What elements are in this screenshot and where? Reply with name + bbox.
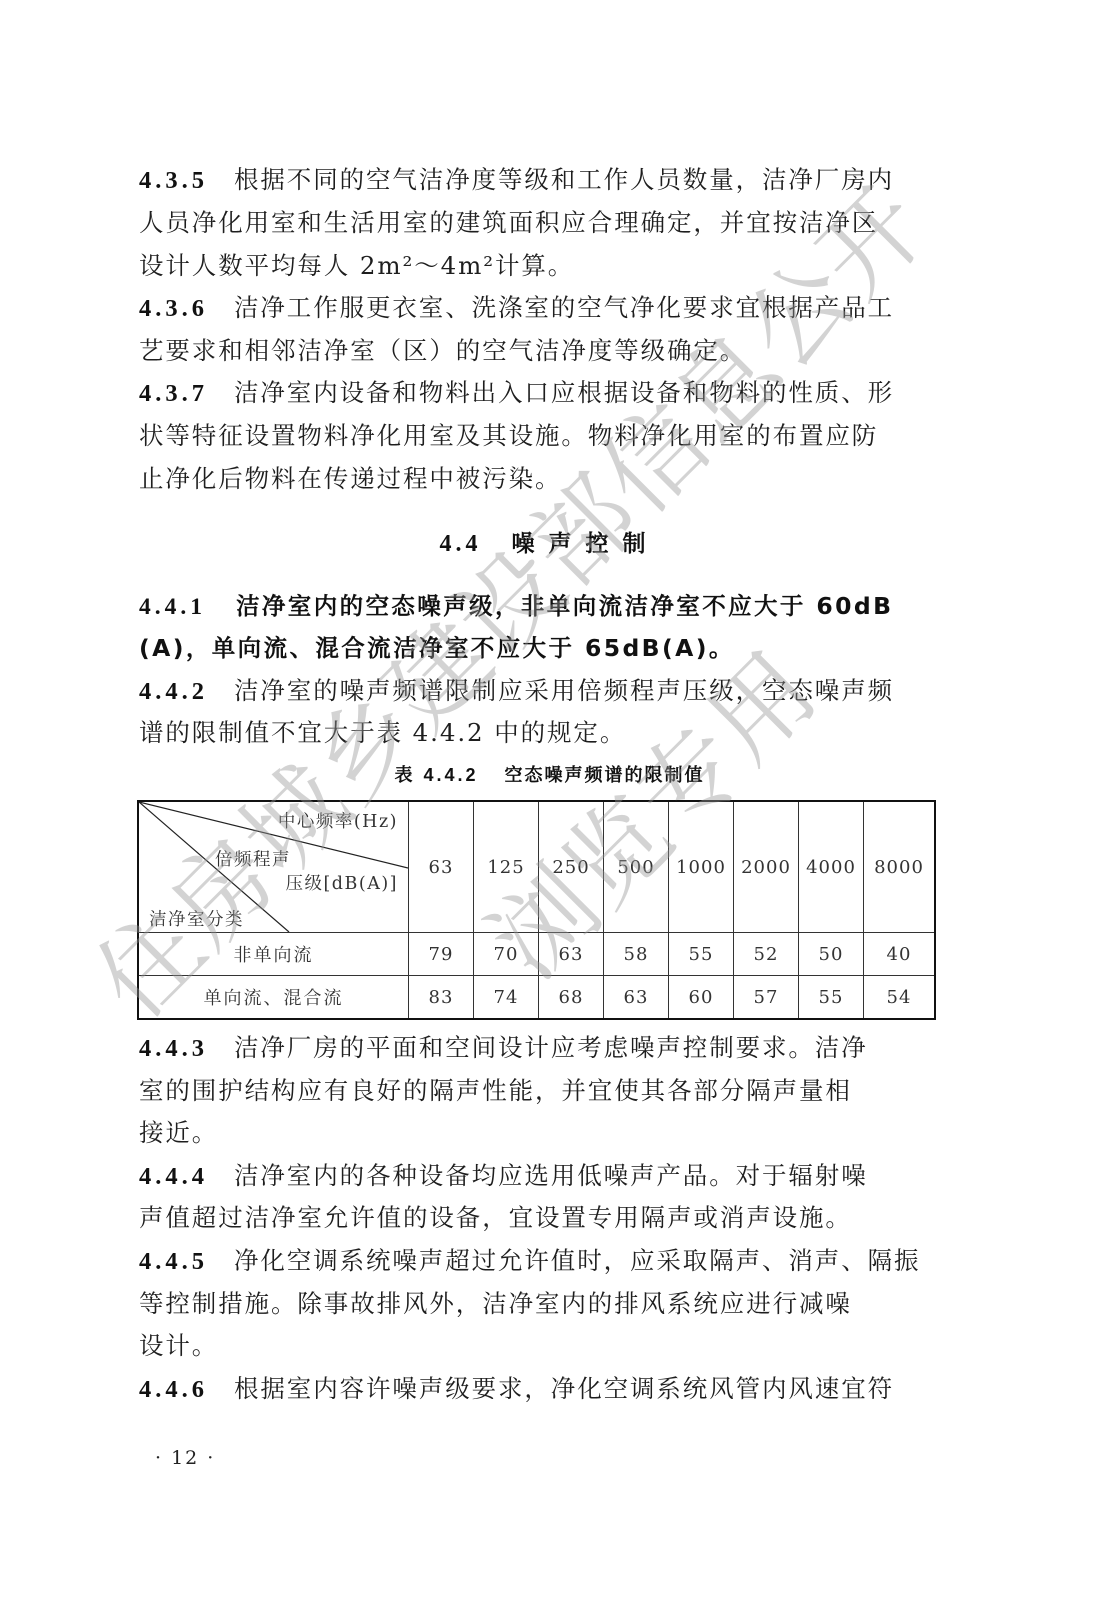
clause-number: 4.3.5 [139,167,208,194]
clause-number: 4.4.4 [139,1163,208,1190]
table-cell: 58 [604,933,669,976]
clause-text: 洁净厂房的平面和空间设计应考虑噪声控制要求。洁净 [234,1033,868,1062]
clause-4-3-7-line-2: 状等特征设置物料净化用室及其设施。物料净化用室的布置应防 [139,421,939,451]
clause-4-3-5-line-1: 4.3.5根据不同的空气洁净度等级和工作人员数量，洁净厂房内 [139,165,939,196]
clause-text: 洁净室内设备和物料出入口应根据设备和物料的性质、形 [234,378,894,407]
clause-4-4-6-line-1: 4.4.6根据室内容许噪声级要求，净化空调系统风管内风速宜符 [139,1374,939,1405]
table-title: 空态噪声频谱的限制值 [505,765,705,786]
frequency-header: 63 [409,801,474,933]
clause-4-4-1-line-1: 4.4.1洁净室内的空态噪声级，非单向流洁净室不应大于 60dB [139,591,939,622]
row-label: 非单向流 [138,933,409,976]
level-axis-label-1: 倍频程声 [215,846,291,871]
frequency-header: 250 [539,801,604,933]
section-number: 4.4 [440,531,482,557]
section-title: 噪声控制 [512,531,660,557]
clause-text: 根据不同的空气洁净度等级和工作人员数量，洁净厂房内 [234,165,894,194]
clause-number: 4.4.1 [139,594,206,620]
class-axis-label: 洁净室分类 [149,906,244,931]
table-cell: 63 [539,933,604,976]
clause-4-3-6-line-1: 4.3.6洁净工作服更衣室、洗涤室的空气净化要求宜根据产品工 [139,293,939,324]
document-page: 4.3.5根据不同的空气洁净度等级和工作人员数量，洁净厂房内 人员净化用室和生活… [0,0,1099,1598]
clause-number: 4.3.6 [139,295,208,322]
clause-number: 4.4.5 [139,1248,208,1275]
table-row: 非单向流 79 70 63 58 55 52 50 40 [138,933,935,976]
clause-4-4-3-line-1: 4.4.3洁净厂房的平面和空间设计应考虑噪声控制要求。洁净 [139,1033,939,1064]
table-cell: 83 [409,976,474,1020]
table-row: 单向流、混合流 83 74 68 63 60 57 55 54 [138,976,935,1020]
table-cell: 63 [604,976,669,1020]
clause-4-4-5-line-3: 设计。 [139,1331,939,1361]
frequency-header: 2000 [734,801,799,933]
frequency-header: 125 [474,801,539,933]
clause-4-3-5-line-3: 设计人数平均每人 2m²～4m²计算。 [139,251,939,281]
table-cell: 79 [409,933,474,976]
frequency-header: 8000 [864,801,936,933]
table-cell: 50 [799,933,864,976]
table-cell: 40 [864,933,936,976]
row-label: 单向流、混合流 [138,976,409,1020]
frequency-axis-label: 中心频率(Hz) [278,808,398,833]
clause-text: 洁净室的噪声频谱限制应采用倍频程声压级，空态噪声频 [234,676,894,705]
table-cell: 54 [864,976,936,1020]
noise-spectrum-table: 中心频率(Hz) 倍频程声 压级[dB(A)] 洁净室分类 63 125 250… [137,800,936,1020]
clause-4-4-4-line-2: 声值超过洁净室允许值的设备，宜设置专用隔声或消声设施。 [139,1203,939,1233]
table-header-row: 中心频率(Hz) 倍频程声 压级[dB(A)] 洁净室分类 63 125 250… [138,801,935,933]
clause-text: 洁净室内的各种设备均应选用低噪声产品。对于辐射噪 [234,1161,868,1190]
clause-4-3-6-line-2: 艺要求和相邻洁净室（区）的空气洁净度等级确定。 [139,336,939,366]
clause-text: 根据室内容许噪声级要求，净化空调系统风管内风速宜符 [234,1374,894,1403]
clause-text: 洁净室内的空态噪声级，非单向流洁净室不应大于 60dB [236,592,893,620]
table-cell: 55 [669,933,734,976]
clause-4-3-5-line-2: 人员净化用室和生活用室的建筑面积应合理确定，并宜按洁净区 [139,208,939,238]
clause-4-4-2-line-1: 4.4.2洁净室的噪声频谱限制应采用倍频程声压级，空态噪声频 [139,676,939,707]
clause-text: 洁净工作服更衣室、洗涤室的空气净化要求宜根据产品工 [234,293,894,322]
table-caption: 表 4.4.2空态噪声频谱的限制值 [0,761,1099,787]
table-cell: 55 [799,976,864,1020]
clause-4-4-3-line-2: 室的围护结构应有良好的隔声性能，并宜使其各部分隔声量相 [139,1076,939,1106]
clause-4-3-7-line-1: 4.3.7洁净室内设备和物料出入口应根据设备和物料的性质、形 [139,378,939,409]
clause-4-4-5-line-2: 等控制措施。除事故排风外，洁净室内的排风系统应进行减噪 [139,1289,939,1319]
level-axis-label-2: 压级[dB(A)] [285,870,398,895]
table-cell: 52 [734,933,799,976]
table-cell: 57 [734,976,799,1020]
page-number: · 12 · [155,1447,215,1469]
clause-number: 4.3.7 [139,380,208,407]
frequency-header: 500 [604,801,669,933]
clause-4-4-4-line-1: 4.4.4洁净室内的各种设备均应选用低噪声产品。对于辐射噪 [139,1161,939,1192]
table-cell: 60 [669,976,734,1020]
clause-4-4-5-line-1: 4.4.5净化空调系统噪声超过允许值时，应采取隔声、消声、隔振 [139,1246,939,1277]
clause-number: 4.4.6 [139,1376,208,1403]
table-cell: 70 [474,933,539,976]
section-heading: 4.4噪声控制 [0,525,1099,558]
clause-number: 4.4.2 [139,678,208,705]
clause-4-3-7-line-3: 止净化后物料在传递过程中被污染。 [139,464,939,494]
clause-4-4-1-line-2: (A)，单向流、混合流洁净室不应大于 65dB(A)。 [139,633,939,663]
frequency-header: 4000 [799,801,864,933]
table-cell: 74 [474,976,539,1020]
clause-number: 4.4.3 [139,1035,208,1062]
table-number: 表 4.4.2 [394,765,478,785]
diagonal-header-cell: 中心频率(Hz) 倍频程声 压级[dB(A)] 洁净室分类 [138,801,409,933]
clause-4-4-2-line-2: 谱的限制值不宜大于表 4.4.2 中的规定。 [139,718,939,748]
frequency-header: 1000 [669,801,734,933]
clause-text: 净化空调系统噪声超过允许值时，应采取隔声、消声、隔振 [234,1246,920,1275]
clause-4-4-3-line-3: 接近。 [139,1118,939,1148]
table-cell: 68 [539,976,604,1020]
